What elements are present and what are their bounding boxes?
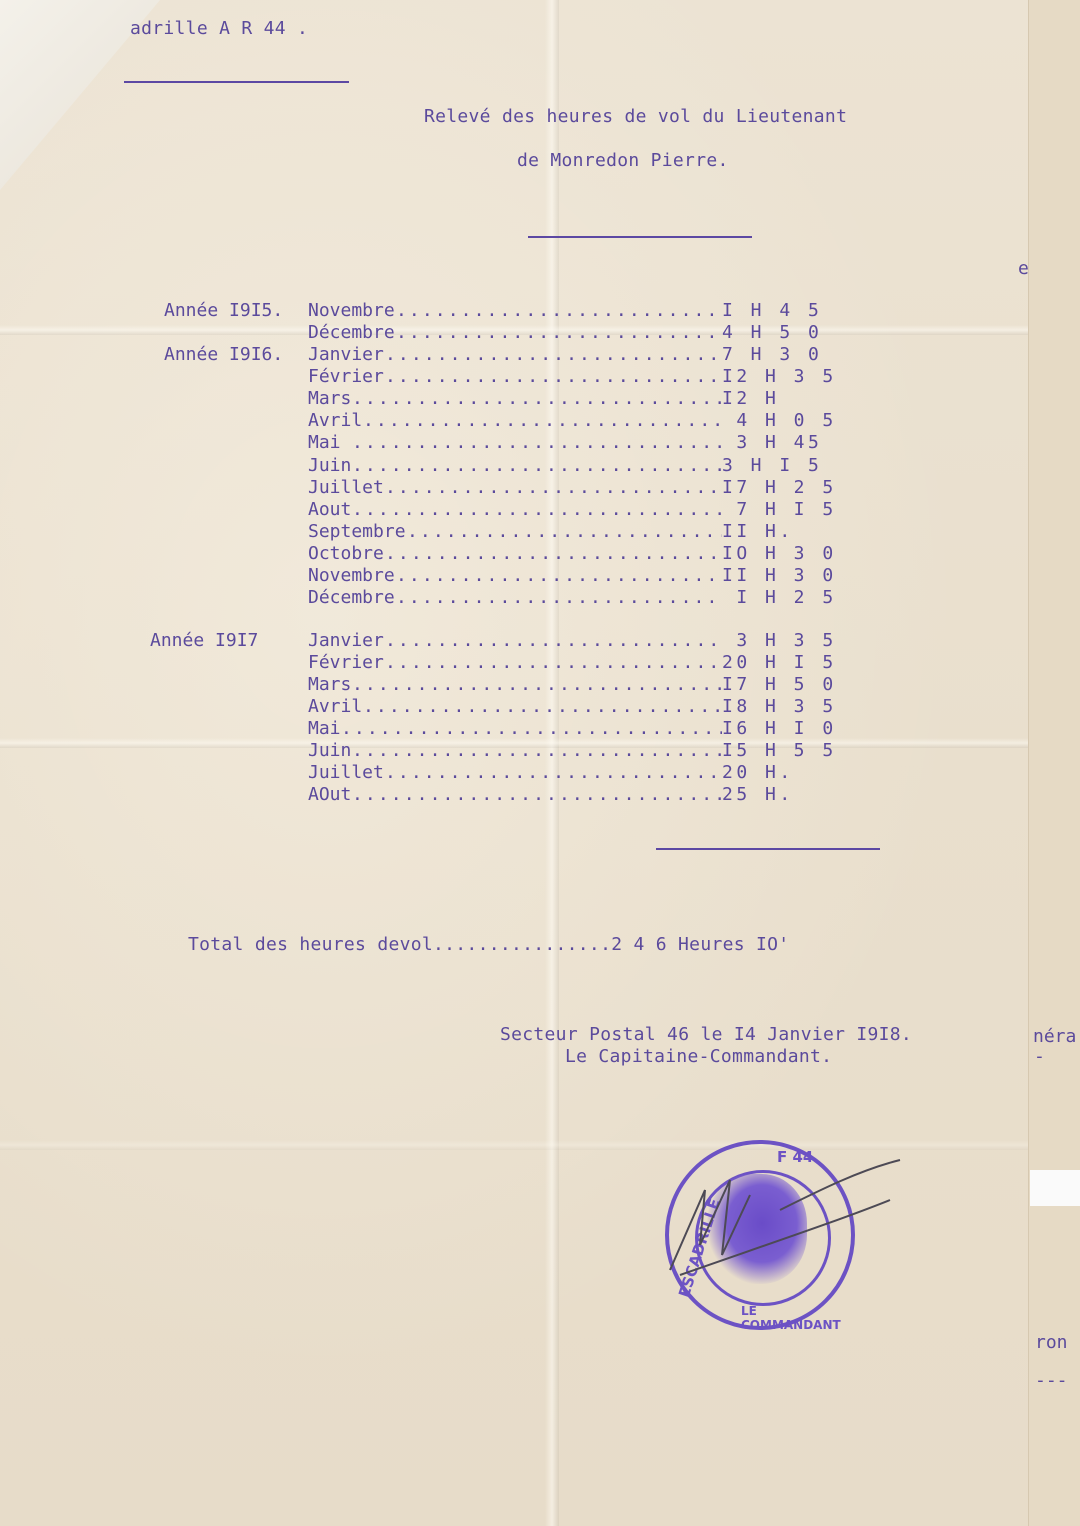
underlying-text-fragment: --- <box>1035 1370 1068 1391</box>
log-hours: 20 H. <box>722 762 794 783</box>
log-hours: 4 H 0 5 <box>722 410 837 431</box>
log-month: Décembre <box>308 587 395 608</box>
stamp-bottom-text: LE COMMANDANT <box>741 1304 851 1332</box>
log-hours: 25 H. <box>722 784 794 805</box>
log-row: Juin....................................… <box>0 455 1080 477</box>
leader-dots: ........................................… <box>341 718 722 739</box>
log-hours: I6 H I 0 <box>722 718 837 739</box>
place-date: Secteur Postal 46 le I4 Janvier I9I8. <box>500 1024 912 1046</box>
leader-dots: ........................................… <box>396 300 722 321</box>
leader-dots: ........................................… <box>385 543 722 564</box>
log-month: Juin <box>308 740 351 761</box>
paper-tear <box>1030 1170 1080 1206</box>
log-month: Mars <box>308 388 351 409</box>
leader-dots: ........................................… <box>352 740 722 761</box>
leader-dots: ........................................… <box>385 366 722 387</box>
underlying-text-fragment: ron <box>1035 1332 1068 1353</box>
handwritten-signature <box>660 1150 910 1290</box>
leader-dots: ........................................… <box>352 674 722 695</box>
log-row: Année I9I6.Janvier......................… <box>0 344 1080 366</box>
log-month: Décembre <box>308 322 395 343</box>
log-hours: I2 H <box>722 388 779 409</box>
log-month: Juin <box>308 455 351 476</box>
leader-dots: ........................................… <box>396 587 722 608</box>
log-hours: I2 H 3 5 <box>722 366 837 387</box>
log-end-rule <box>656 848 880 850</box>
leader-dots: ........................................… <box>352 784 722 805</box>
log-hours: IO H 3 0 <box>722 543 837 564</box>
log-month: Février <box>308 366 384 387</box>
document-title: Relevé des heures de vol du Lieutenant <box>424 106 847 128</box>
log-month: Novembre <box>308 565 395 586</box>
log-hours: 7 H I 5 <box>722 499 837 520</box>
log-row: Mars....................................… <box>0 388 1080 410</box>
log-row: Février.................................… <box>0 652 1080 674</box>
leader-dots: ........................................… <box>385 652 722 673</box>
title-rule <box>528 236 752 238</box>
log-row: Mars....................................… <box>0 674 1080 696</box>
log-month: Janvier <box>308 630 384 651</box>
total-label: Total des heures devol <box>188 934 433 955</box>
log-hours: I7 H 5 0 <box>722 674 837 695</box>
unit-header: adrille A R 44 . <box>130 18 308 40</box>
underlying-text-fragment: - <box>1034 1046 1045 1067</box>
log-hours: 7 H 3 0 <box>722 344 822 365</box>
log-row: Octobre.................................… <box>0 543 1080 565</box>
log-hours: I H 2 5 <box>722 587 837 608</box>
log-row: Novembre................................… <box>0 565 1080 587</box>
log-month: Octobre <box>308 543 384 564</box>
log-hours: 3 H I 5 <box>722 455 822 476</box>
log-month: AOut <box>308 784 351 805</box>
log-row: Année I9I5.Novembre.....................… <box>0 300 1080 322</box>
log-row: Mai.....................................… <box>0 718 1080 740</box>
log-row: Mai ....................................… <box>0 432 1080 454</box>
leader-dots: ........................................… <box>385 477 722 498</box>
log-year: Année I9I6. <box>164 344 283 365</box>
leader-dots: ........................................… <box>352 499 722 520</box>
leader-dots: ........................................… <box>385 630 722 651</box>
pilot-name: de Monredon Pierre. <box>517 150 729 172</box>
log-row: Septembre...............................… <box>0 521 1080 543</box>
total-value: 2 4 6 Heures IO' <box>611 934 789 955</box>
log-month: Septembre <box>308 521 406 542</box>
log-row: Février.................................… <box>0 366 1080 388</box>
leader-dots: ........................................… <box>352 432 722 453</box>
underlying-text-fragment: néra <box>1033 1026 1076 1047</box>
log-row: AOut....................................… <box>0 784 1080 806</box>
leader-dots: ........................................… <box>385 762 722 783</box>
signatory-title: Le Capitaine-Commandant. <box>565 1046 832 1068</box>
log-month: Aout <box>308 499 351 520</box>
document-page: adrille A R 44 . Relevé des heures de vo… <box>0 0 1080 1526</box>
log-month: Juillet <box>308 762 384 783</box>
total-row: Total des heures devol................2 … <box>188 934 789 956</box>
log-month: Mai <box>308 432 351 453</box>
log-month: Mars <box>308 674 351 695</box>
log-hours: I8 H 3 5 <box>722 696 837 717</box>
log-month: Juillet <box>308 477 384 498</box>
log-row: Décembre................................… <box>0 322 1080 344</box>
log-month: Avril <box>308 410 362 431</box>
paper-fold-horizontal <box>0 1140 1080 1150</box>
log-hours: 4 H 5 0 <box>722 322 822 343</box>
log-hours: II H. <box>722 521 794 542</box>
log-hours: I7 H 2 5 <box>722 477 837 498</box>
leader-dots: ........................................… <box>352 388 722 409</box>
log-hours: I H 4 5 <box>722 300 822 321</box>
total-dots: ................ <box>433 934 611 955</box>
log-row: Décembre................................… <box>0 587 1080 609</box>
header-rule <box>124 81 349 83</box>
leader-dots: ........................................… <box>396 322 722 343</box>
log-hours: 20 H I 5 <box>722 652 837 673</box>
log-month: Mai <box>308 718 341 739</box>
log-hours: 3 H 3 5 <box>722 630 837 651</box>
leader-dots: ........................................… <box>396 565 722 586</box>
log-month: Avril <box>308 696 362 717</box>
log-row: Juillet.................................… <box>0 762 1080 784</box>
leader-dots: ........................................… <box>363 696 722 717</box>
log-month: Janvier <box>308 344 384 365</box>
log-hours: I5 H 5 5 <box>722 740 837 761</box>
log-year: Année I9I5. <box>164 300 283 321</box>
leader-dots: ........................................… <box>407 521 722 542</box>
log-hours: II H 3 0 <box>722 565 837 586</box>
log-hours: 3 H 45 <box>722 432 822 453</box>
log-row: Année I9I7Janvier.......................… <box>0 630 1080 652</box>
underlying-text-fragment: e <box>1018 258 1029 279</box>
log-month: Novembre <box>308 300 395 321</box>
leader-dots: ........................................… <box>352 455 722 476</box>
log-row: Juillet.................................… <box>0 477 1080 499</box>
log-year: Année I9I7 <box>150 630 258 651</box>
log-row: Avril...................................… <box>0 410 1080 432</box>
leader-dots: ........................................… <box>363 410 722 431</box>
log-month: Février <box>308 652 384 673</box>
log-row: Juin....................................… <box>0 740 1080 762</box>
log-row: Aout....................................… <box>0 499 1080 521</box>
log-row: Avril...................................… <box>0 696 1080 718</box>
leader-dots: ........................................… <box>385 344 722 365</box>
